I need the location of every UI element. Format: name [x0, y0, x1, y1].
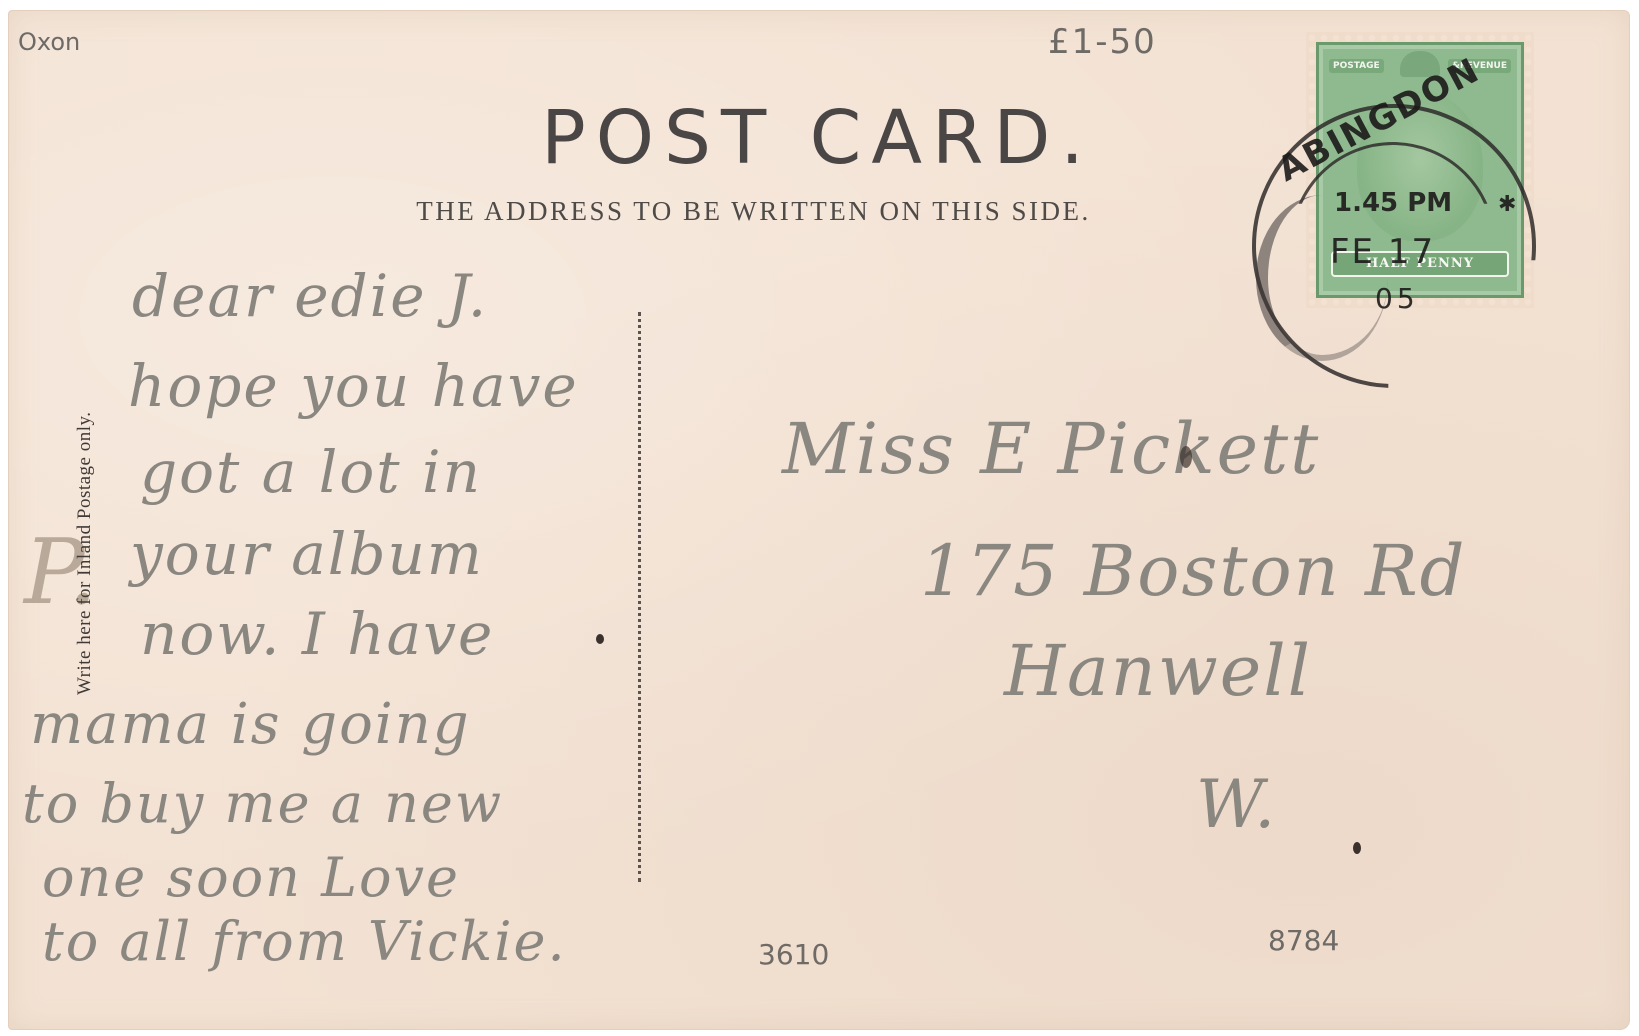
address-town: Hanwell: [1004, 630, 1312, 712]
ink-spot: [1180, 446, 1192, 468]
message-line: got a lot in: [140, 438, 482, 506]
postmark-star-icon: ✱: [1498, 192, 1516, 217]
postmark-year: 05: [1375, 282, 1419, 315]
message-line: your album: [130, 520, 484, 588]
pencil-note-county: Oxon: [18, 28, 80, 56]
message-line: now. I have: [140, 600, 494, 668]
ink-spot: [1353, 842, 1361, 854]
message-address-divider: [638, 312, 641, 882]
message-line: one soon Love: [42, 846, 460, 909]
postmark-time: 1.45 PM: [1334, 188, 1452, 218]
pencil-note-catalog-number: 8784: [1268, 924, 1339, 957]
address-street: 175 Boston Rd: [920, 530, 1467, 612]
stamp-label-postage: POSTAGE: [1329, 59, 1384, 73]
ink-spot: [596, 634, 604, 644]
message-line: to all from Vickie.: [42, 910, 567, 973]
inland-postage-instruction: Write here for Inland Postage only.: [74, 411, 96, 695]
address-district: W.: [1196, 766, 1277, 843]
message-line: dear edie J.: [132, 262, 488, 330]
message-line: hope you have: [128, 352, 579, 420]
pencil-note-price: £1-50: [1048, 22, 1157, 62]
address-name: Miss E Pickett: [782, 408, 1320, 490]
pencil-note-ref: 3610: [758, 938, 829, 971]
postmark-arc: [1256, 195, 1388, 361]
postmark-date: FE 17: [1330, 232, 1435, 272]
message-line: to buy me a new: [22, 772, 503, 835]
message-line: mama is going: [30, 692, 471, 757]
